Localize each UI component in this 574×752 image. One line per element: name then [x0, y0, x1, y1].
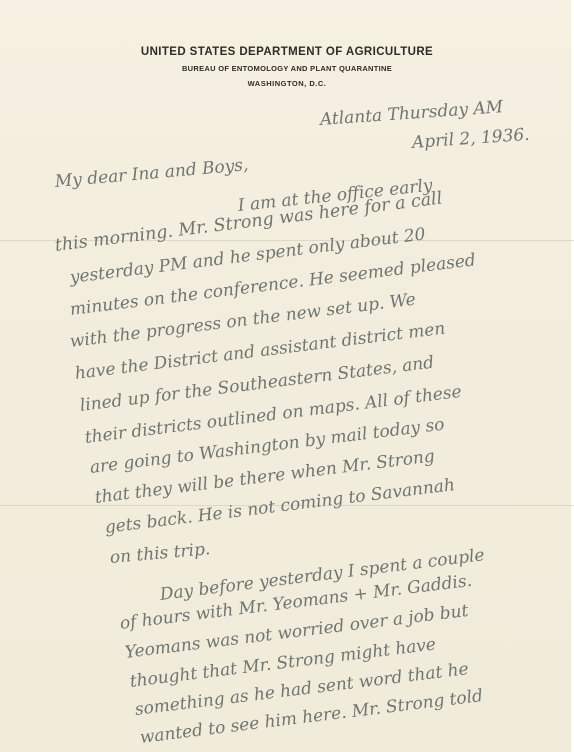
letterhead-bureau: BUREAU OF ENTOMOLOGY AND PLANT QUARANTIN… [0, 64, 574, 73]
salutation: My dear Ina and Boys, [54, 155, 249, 192]
letterhead-department: UNITED STATES DEPARTMENT OF AGRICULTURE [0, 46, 574, 58]
body-line: on this trip. [109, 539, 211, 568]
letterhead-location: WASHINGTON, D.C. [0, 79, 574, 88]
dateline-date: April 2, 1936. [411, 125, 530, 153]
letterhead: UNITED STATES DEPARTMENT OF AGRICULTURE … [0, 46, 574, 88]
letter-page: UNITED STATES DEPARTMENT OF AGRICULTURE … [0, 0, 574, 752]
dateline-place-day: Atlanta Thursday AM [319, 97, 503, 130]
